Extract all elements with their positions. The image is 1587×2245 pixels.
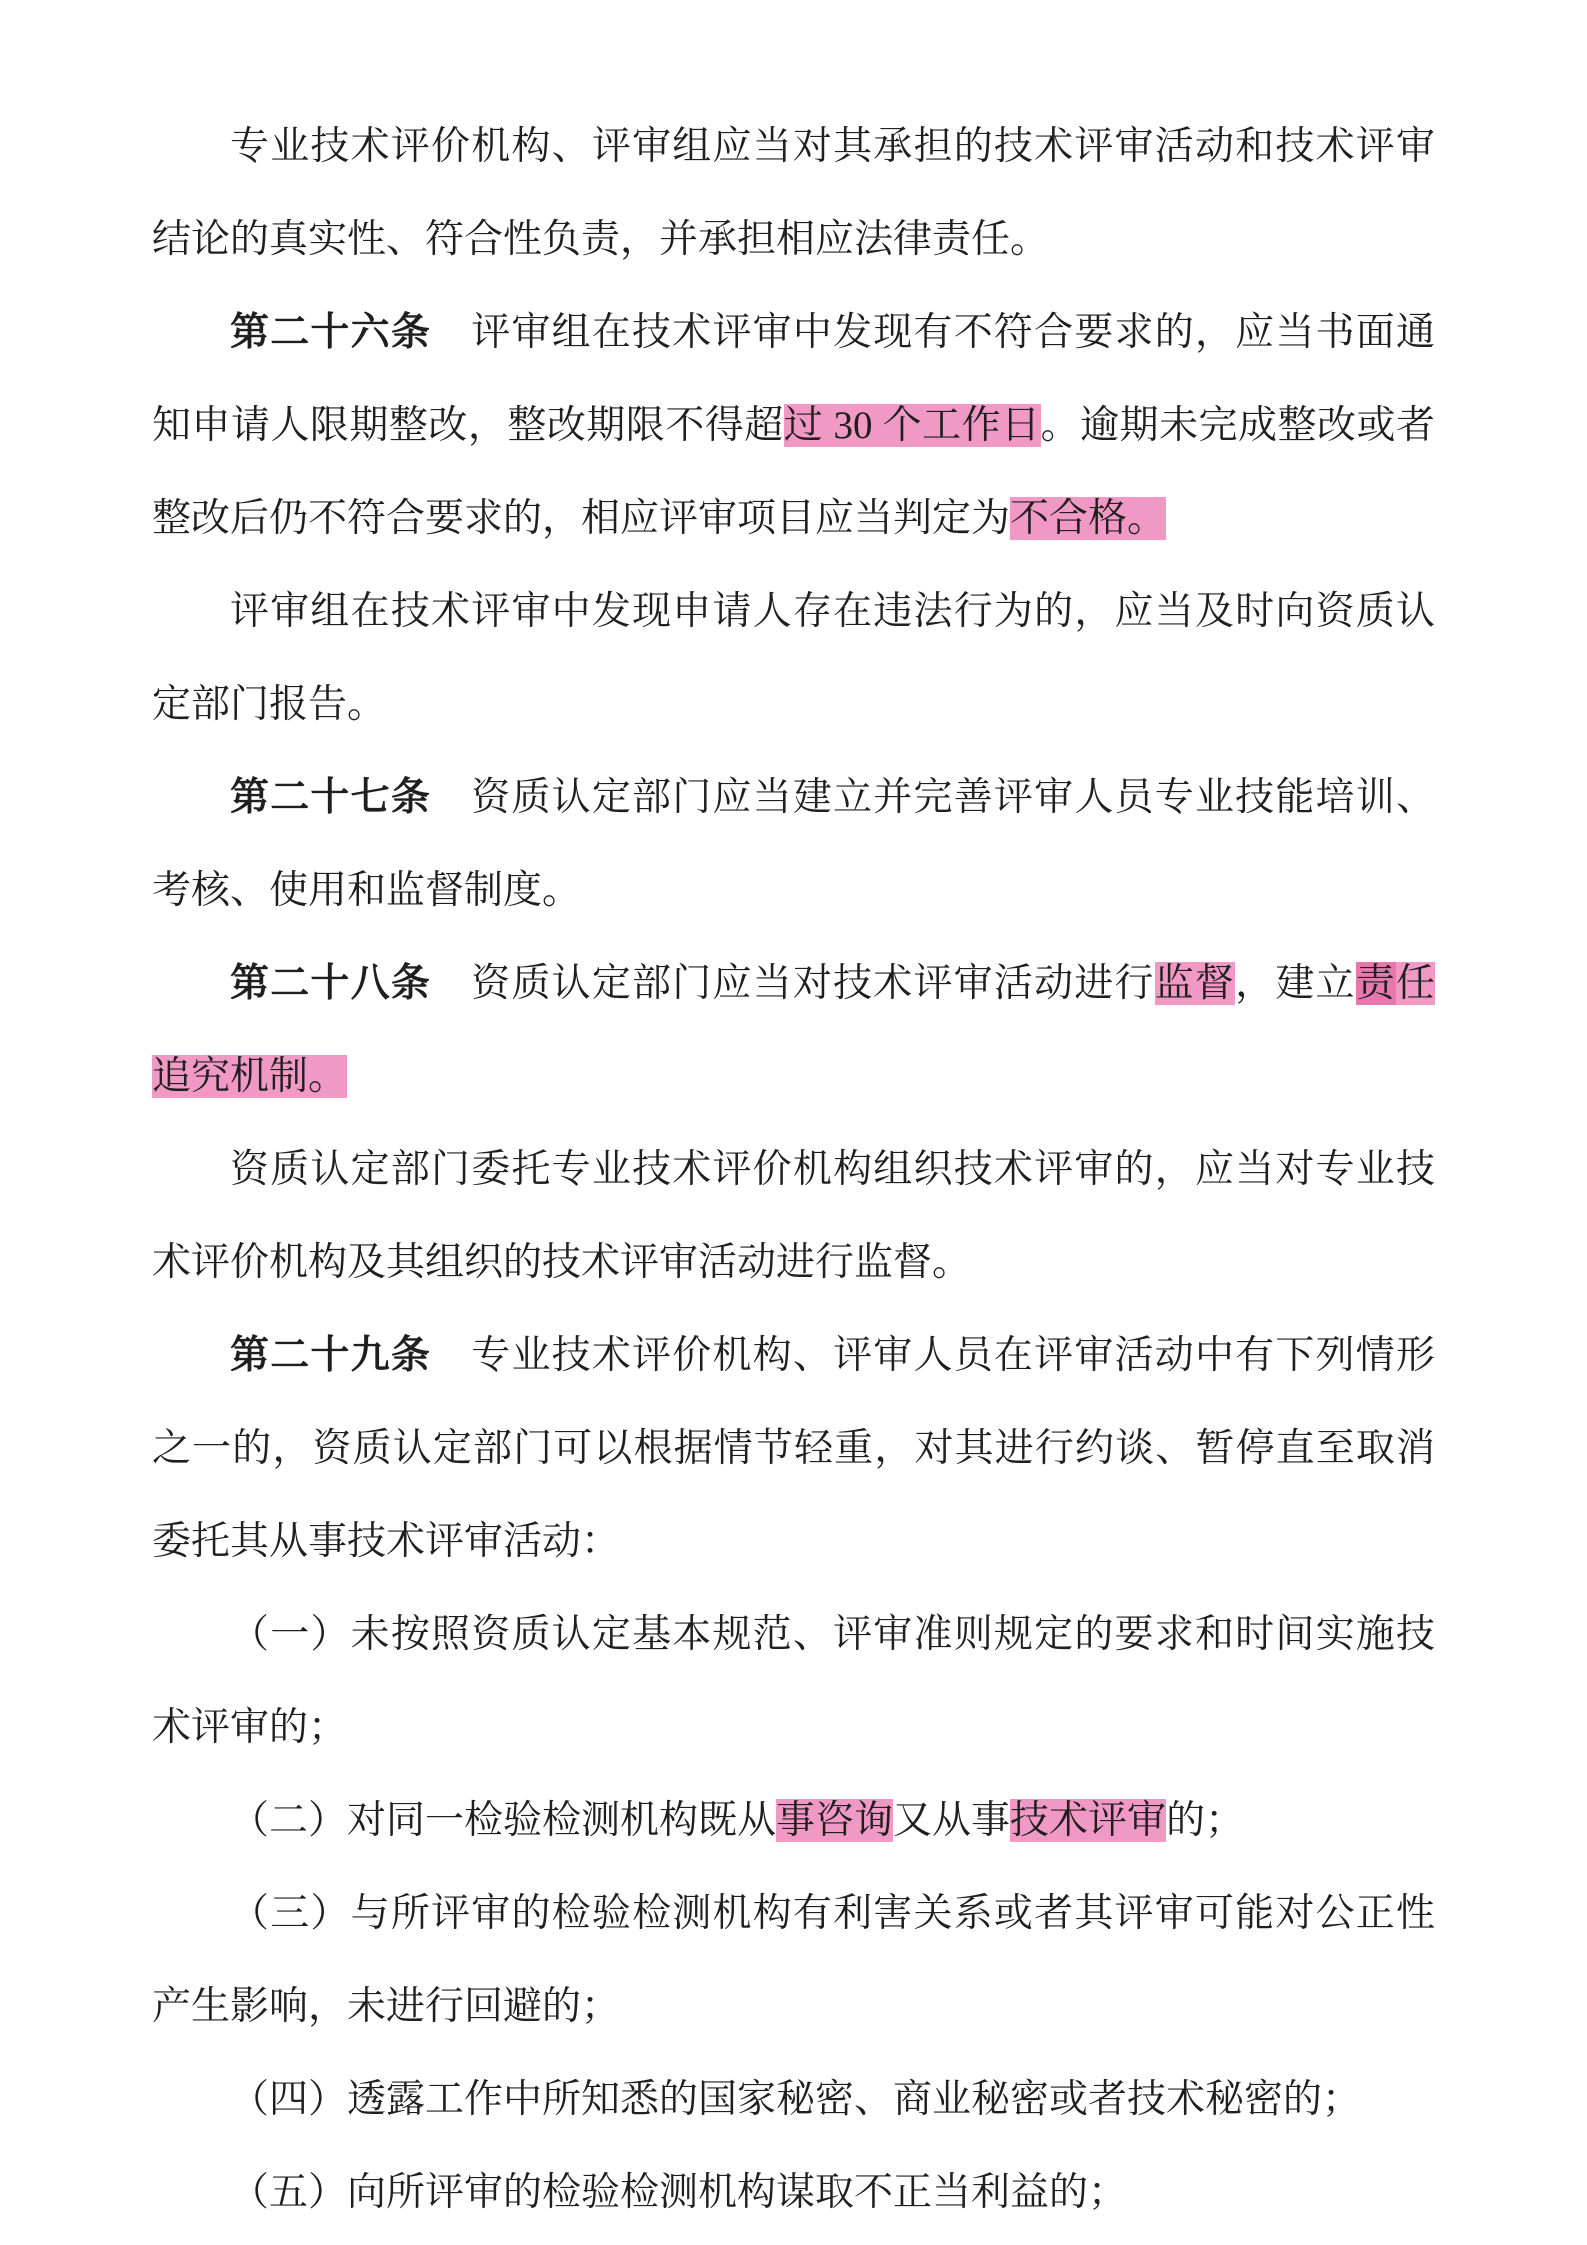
article-number: 第二十九条	[230, 1334, 431, 1377]
highlighted-text: 事咨询	[776, 1799, 893, 1842]
paragraph-article-28-2: 资质认定部门委托专业技术评价机构组织技术评审的，应当对专业技术评价机构及其组织的…	[152, 1123, 1435, 1309]
text-run: 专业技术评价机构、评审组应当对其承担的技术评审活动和技术评审结论的真实性、符合性…	[152, 125, 1435, 261]
paragraph-article-27: 第二十七条 资质认定部门应当建立并完善评审人员专业技能培训、考核、使用和监督制度…	[152, 751, 1435, 937]
list-item-2: （二）对同一检验检测机构既从事咨询又从事技术评审的；	[152, 1774, 1435, 1867]
highlighted-text: 技术评审	[1010, 1799, 1166, 1842]
paragraph-article-26-2: 评审组在技术评审中发现申请人存在违法行为的，应当及时向资质认定部门报告。	[152, 565, 1435, 751]
article-number: 第二十六条	[230, 311, 431, 354]
paragraph-article-28: 第二十八条 资质认定部门应当对技术评审活动进行监督，建立责任追究机制。	[152, 937, 1435, 1123]
list-item-5: （五）向所评审的检验检测机构谋取不正当利益的；	[152, 2146, 1435, 2239]
text-run: 的；	[1166, 1799, 1244, 1842]
paragraph-article-29: 第二十九条 专业技术评价机构、评审人员在评审活动中有下列情形之一的，资质认定部门…	[152, 1309, 1435, 1588]
article-number: 第二十七条	[230, 776, 431, 819]
highlighted-text: 监督	[1155, 962, 1235, 1005]
text-run: 评审组在技术评审中发现申请人存在违法行为的，应当及时向资质认定部门报告。	[152, 590, 1435, 726]
list-item-4: （四）透露工作中所知悉的国家秘密、商业秘密或者技术秘密的；	[152, 2053, 1435, 2146]
article-number: 第二十八条	[230, 962, 431, 1005]
highlighted-text: 不合格。	[1010, 497, 1166, 540]
text-run: （一）未按照资质认定基本规范、评审准则规定的要求和时间实施技术评审的；	[152, 1613, 1435, 1749]
text-run: 又从事	[893, 1799, 1010, 1842]
paragraph-intro: 专业技术评价机构、评审组应当对其承担的技术评审活动和技术评审结论的真实性、符合性…	[152, 100, 1435, 286]
text-run: 资质认定部门委托专业技术评价机构组织技术评审的，应当对专业技术评价机构及其组织的…	[152, 1148, 1435, 1284]
text-run: （三）与所评审的检验检测机构有利害关系或者其评审可能对公正性产生影响，未进行回避…	[152, 1892, 1435, 2028]
text-run: （四）透露工作中所知悉的国家秘密、商业秘密或者技术秘密的；	[230, 2078, 1361, 2121]
document-page: 专业技术评价机构、评审组应当对其承担的技术评审活动和技术评审结论的真实性、符合性…	[0, 0, 1587, 2245]
text-run: （五）向所评审的检验检测机构谋取不正当利益的；	[230, 2171, 1127, 2214]
list-item-1: （一）未按照资质认定基本规范、评审准则规定的要求和时间实施技术评审的；	[152, 1588, 1435, 1774]
text-run: 资质认定部门应当对技术评审活动进行	[431, 962, 1155, 1005]
list-item-3: （三）与所评审的检验检测机构有利害关系或者其评审可能对公正性产生影响，未进行回避…	[152, 1867, 1435, 2053]
text-run: （二）对同一检验检测机构既从	[230, 1799, 776, 1842]
highlighted-text: 过 30 个工作日	[784, 404, 1041, 447]
paragraph-article-26: 第二十六条 评审组在技术评审中发现有不符合要求的，应当书面通知申请人限期整改，整…	[152, 286, 1435, 565]
text-run: ，建立	[1235, 962, 1356, 1005]
document-body: 专业技术评价机构、评审组应当对其承担的技术评审活动和技术评审结论的真实性、符合性…	[152, 100, 1435, 2239]
highlighted-text-dark: 责	[1356, 962, 1396, 1005]
